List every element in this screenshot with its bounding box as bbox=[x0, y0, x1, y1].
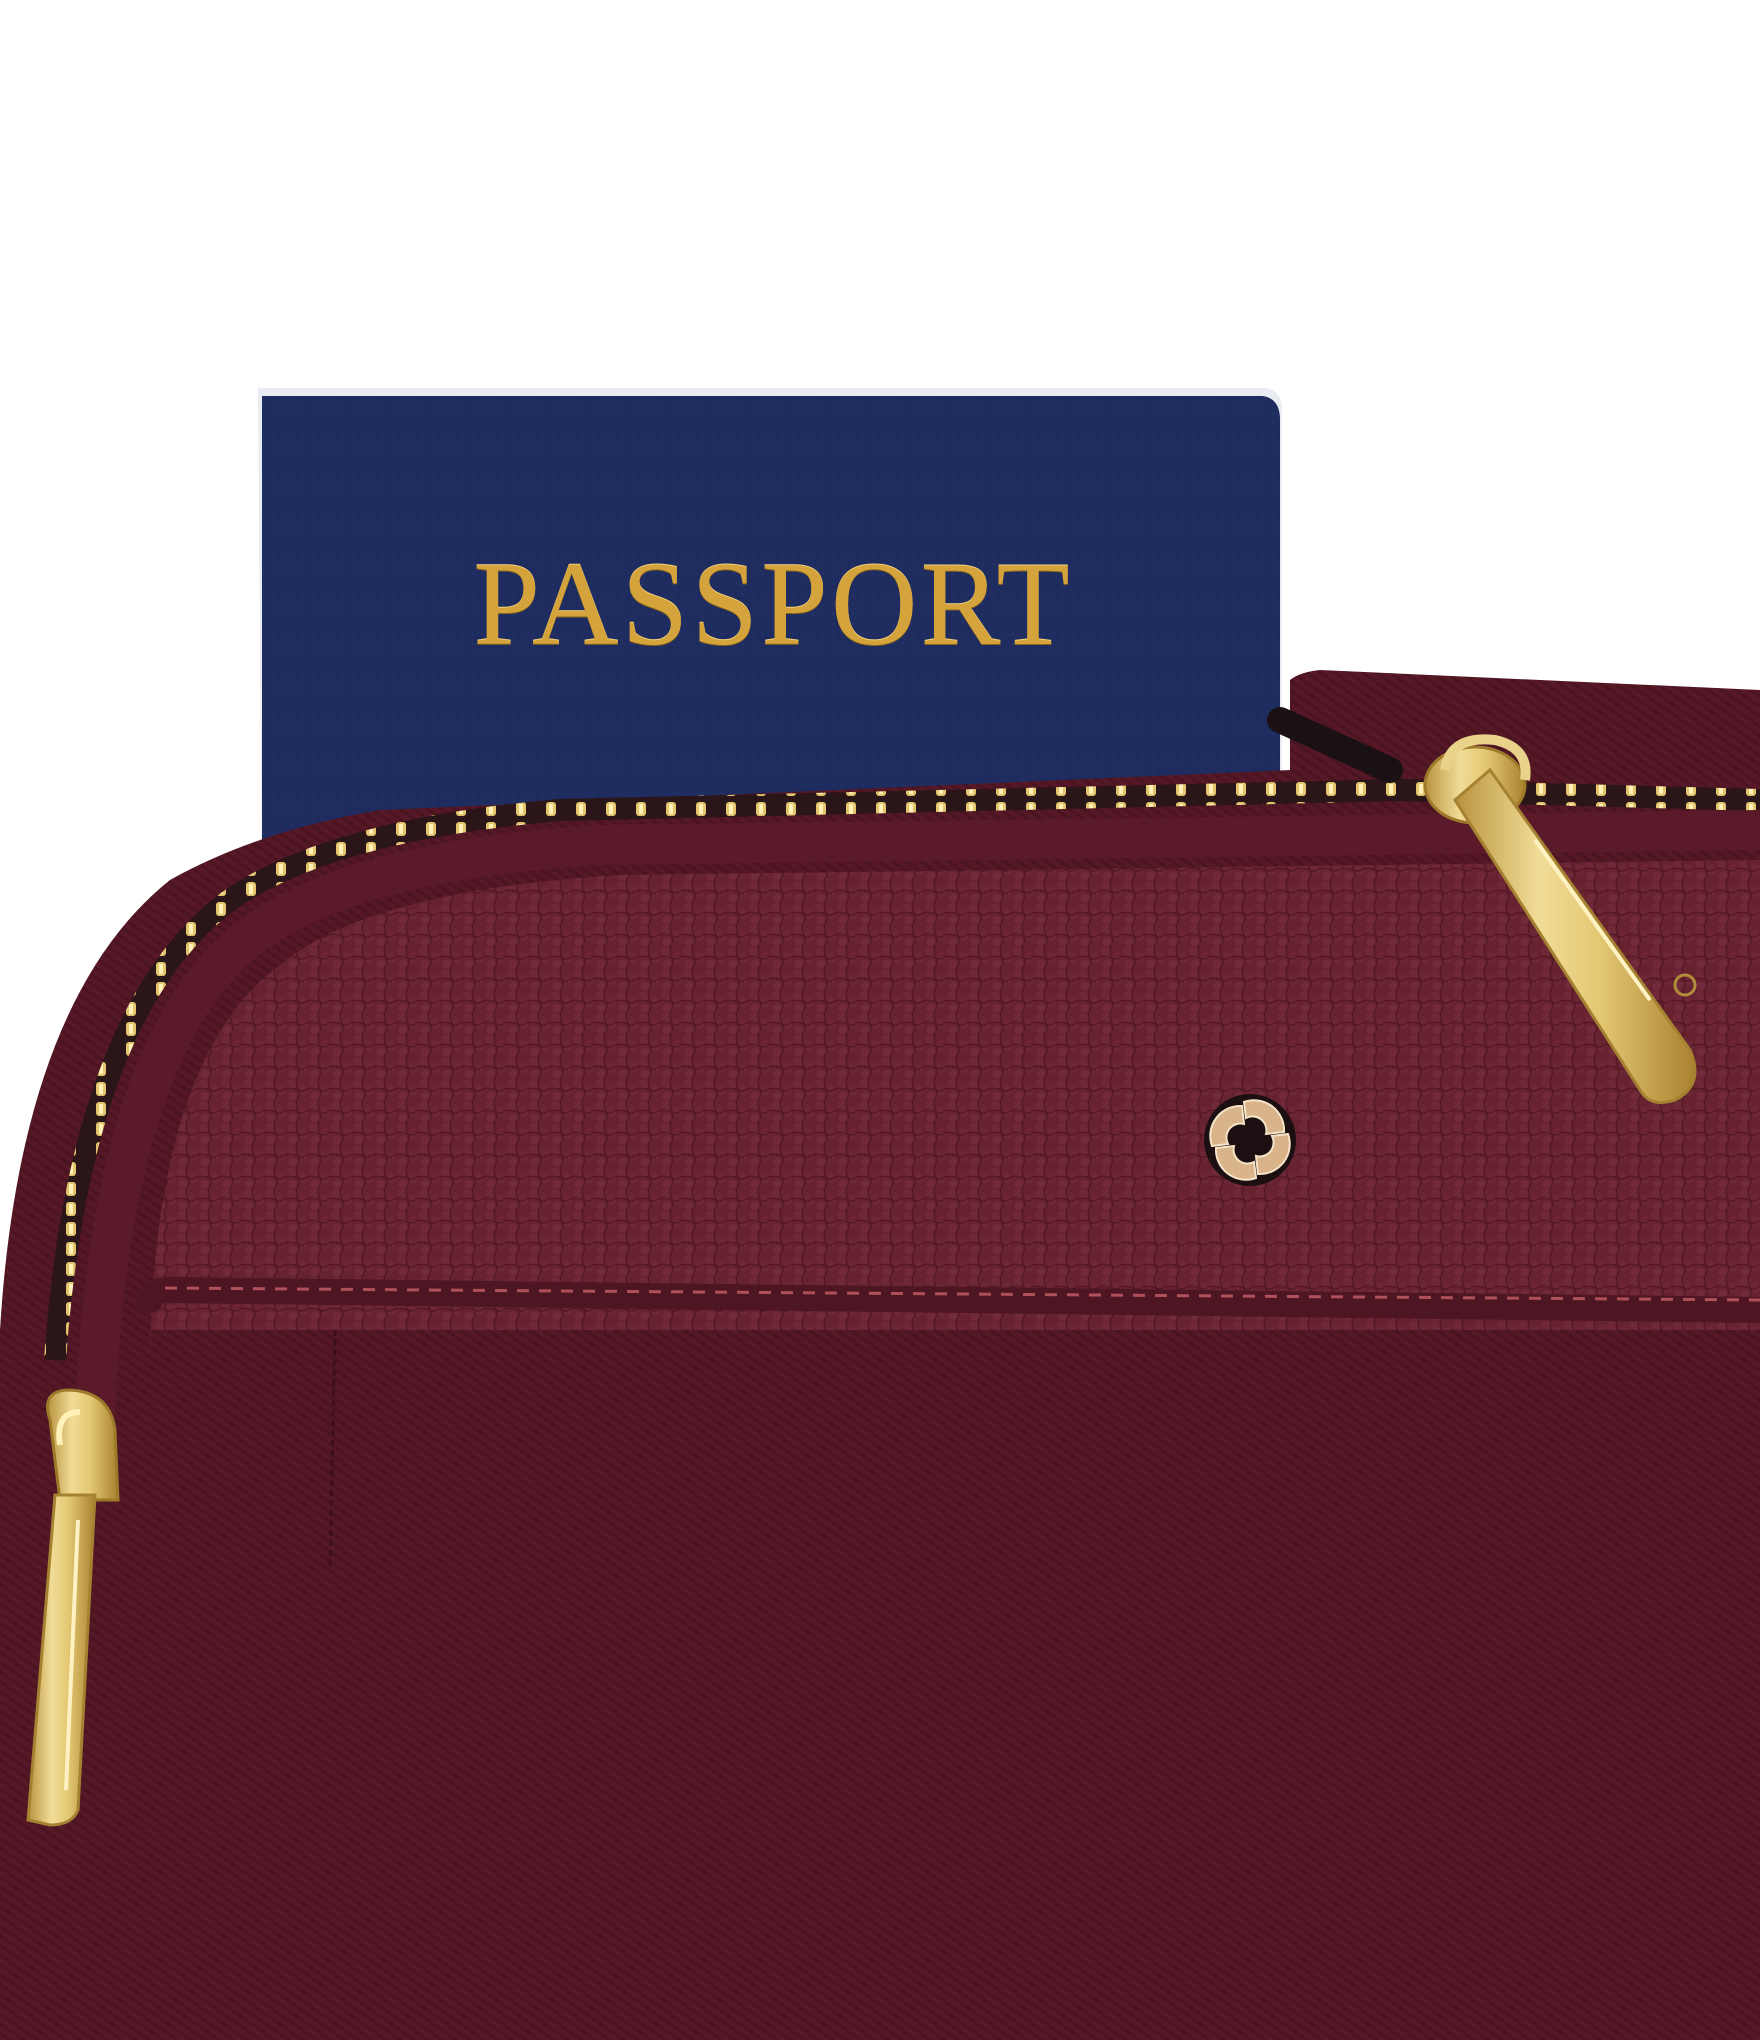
product-photo bbox=[0, 0, 1760, 2040]
four-petal-logo-icon bbox=[1204, 1094, 1296, 1186]
